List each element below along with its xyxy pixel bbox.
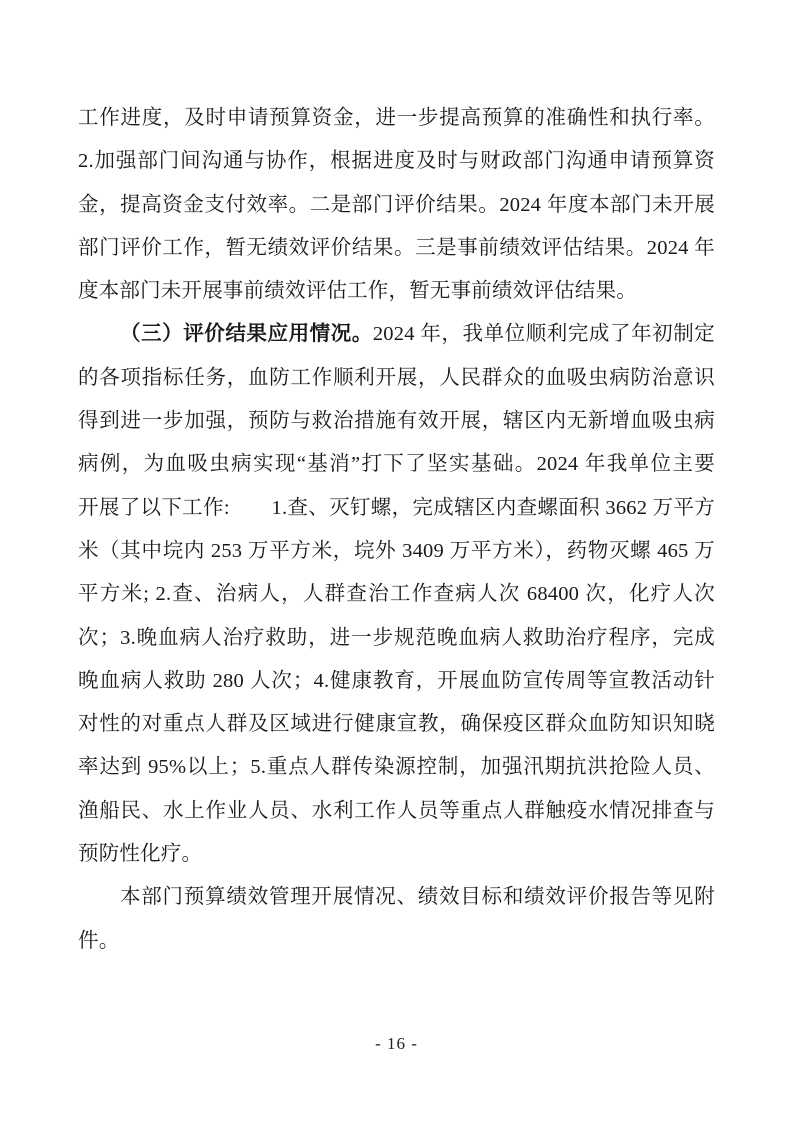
- text-line: 预防性化疗。: [78, 833, 715, 876]
- text-line: 本部门预算绩效管理开展情况、绩效目标和绩效评价报告等见附: [78, 876, 715, 919]
- document-page: 工作进度，及时申请预算资金，进一步提高预算的准确性和执行率。 2.加强部门间沟通…: [0, 0, 793, 1122]
- text-line: 度本部门未开展事前绩效评估工作，暂无事前绩效评估结果。: [78, 270, 715, 313]
- text-line: 金，提高资金支付效率。二是部门评价结果。2024 年度本部门未开展: [78, 184, 715, 227]
- text-line: 工作进度，及时申请预算资金，进一步提高预算的准确性和执行率。: [78, 97, 715, 140]
- section-heading-continuation: 2024 年，我单位顺利完成了年初制定: [373, 323, 715, 345]
- text-line: 开展了以下工作: 1.查、灭钉螺，完成辖区内查螺面积 3662 万平方: [78, 487, 715, 530]
- text-line: 率达到 95%以上；5.重点人群传染源控制，加强汛期抗洪抢险人员、: [78, 746, 715, 789]
- text-line: 米（其中垸内 253 万平方米，垸外 3409 万平方米），药物灭螺 465 万: [78, 530, 715, 573]
- text-line: 2.加强部门间沟通与协作，根据进度及时与财政部门沟通申请预算资: [78, 140, 715, 183]
- text-line: 件。: [78, 920, 715, 963]
- text-line: 次；3.晚血病人治疗救助，进一步规范晚血病人救助治疗程序，完成: [78, 617, 715, 660]
- document-body: 工作进度，及时申请预算资金，进一步提高预算的准确性和执行率。 2.加强部门间沟通…: [78, 97, 715, 963]
- text-line: 晚血病人救助 280 人次；4.健康教育，开展血防宣传周等宣教活动针: [78, 660, 715, 703]
- text-line-section-heading: （三）评价结果应用情况。2024 年，我单位顺利完成了年初制定: [78, 313, 715, 356]
- text-line: 得到进一步加强，预防与救治措施有效开展，辖区内无新增血吸虫病: [78, 400, 715, 443]
- text-line: 对性的对重点人群及区域进行健康宣教，确保疫区群众血防知识知晓: [78, 703, 715, 746]
- text-line: 平方米; 2.查、治病人，人群查治工作查病人次 68400 次，化疗人次 830: [78, 573, 715, 616]
- text-line: 渔船民、水上作业人员、水利工作人员等重点人群触疫水情况排查与: [78, 790, 715, 833]
- text-line: 病例，为血吸虫病实现“基消”打下了坚实基础。2024 年我单位主要: [78, 443, 715, 486]
- text-line: 部门评价工作，暂无绩效评价结果。三是事前绩效评估结果。2024 年: [78, 227, 715, 270]
- text-line: 的各项指标任务，血防工作顺利开展，人民群众的血吸虫病防治意识: [78, 357, 715, 400]
- section-heading: （三）评价结果应用情况。: [120, 323, 373, 345]
- page-number: - 16 -: [0, 1032, 793, 1056]
